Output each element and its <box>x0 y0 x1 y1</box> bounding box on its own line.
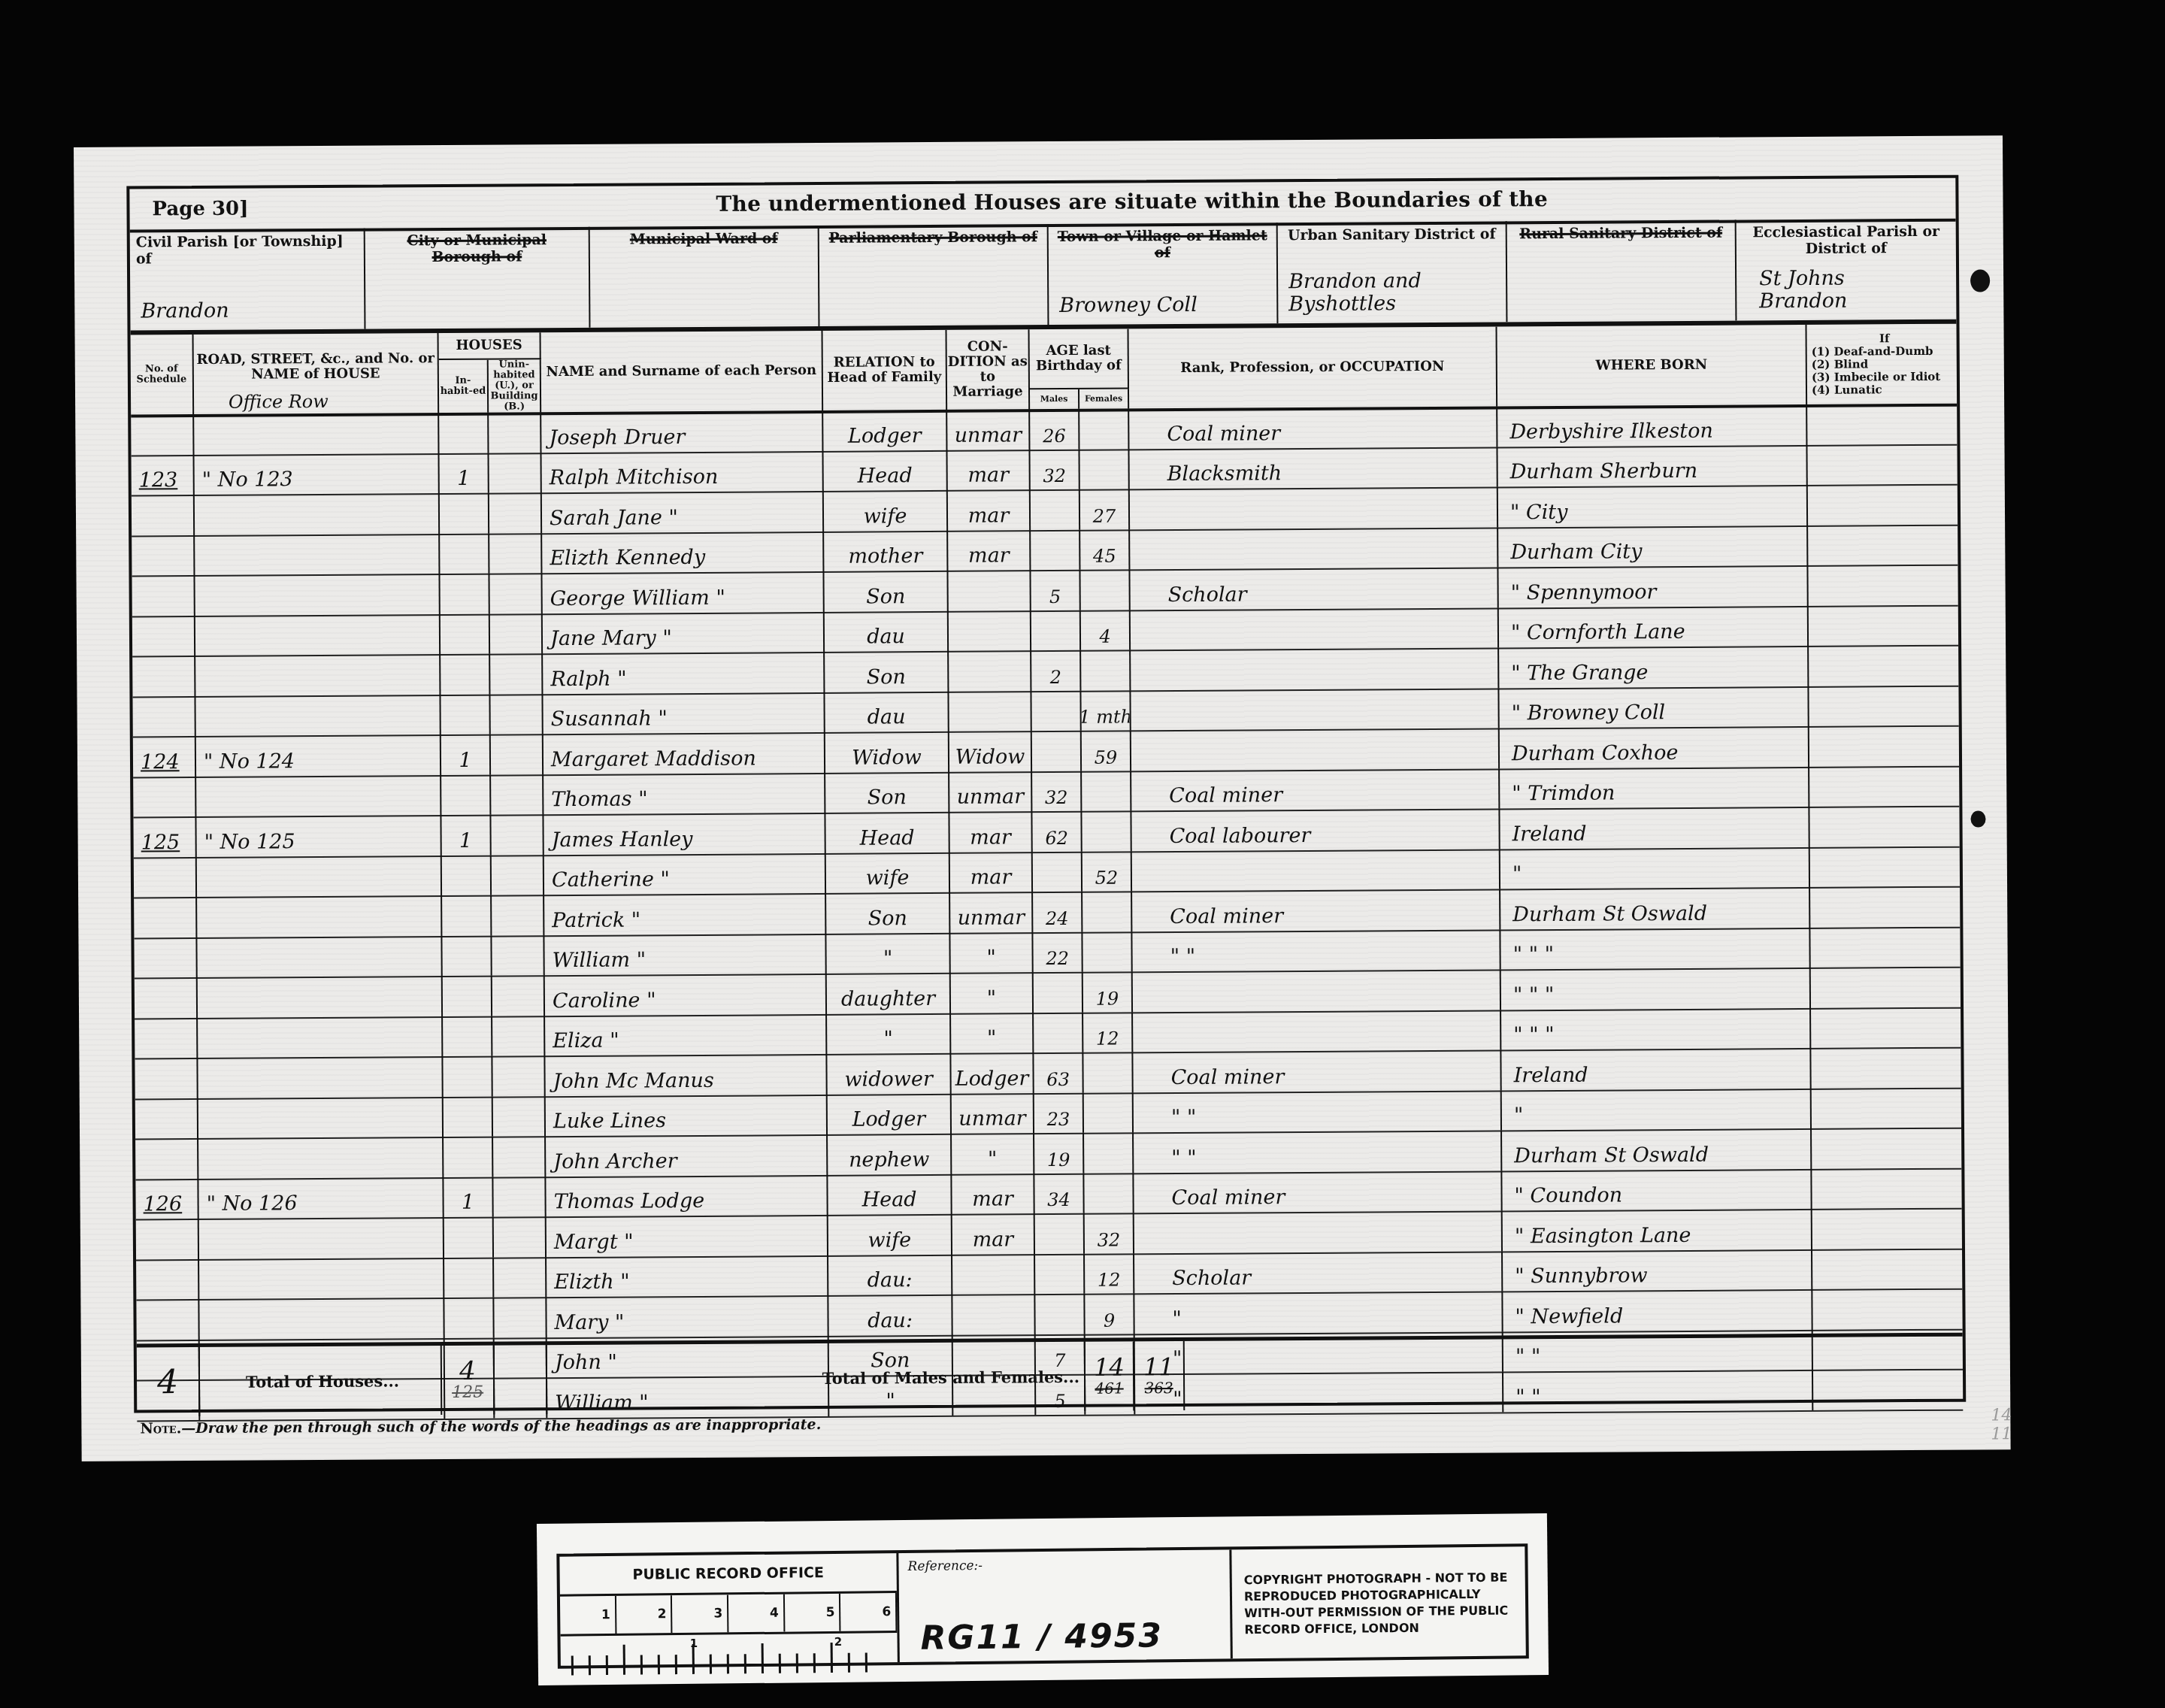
total-persons-label: Total of Males and Females... <box>822 1367 1080 1387</box>
row-born: " " " <box>1509 943 1555 966</box>
row-relation: Son <box>866 585 905 608</box>
row-occupation: " " <box>1140 945 1196 968</box>
cell-condition: Lodger <box>951 1052 1034 1093</box>
cell-females <box>1079 449 1129 489</box>
area-3: Parliamentary Borough of <box>819 224 1049 326</box>
cell-males: 2 <box>1031 650 1081 691</box>
cell-born: " " " <box>1500 927 1810 969</box>
row-born: " The Grange <box>1506 661 1648 685</box>
cell-males: 32 <box>1032 771 1082 811</box>
cell-road <box>195 654 441 695</box>
area-label: Parliamentary Borough of <box>825 229 1041 247</box>
row-relation: dau: <box>868 1309 913 1332</box>
cell-schedule <box>134 937 197 978</box>
ruler-tick <box>744 1654 746 1673</box>
cell-relation: Head <box>823 450 947 491</box>
cell-males: 62 <box>1032 811 1082 852</box>
cell-relation: Head <box>828 1173 952 1215</box>
cell-road <box>197 895 442 937</box>
cell-infirmity <box>1811 1047 1961 1089</box>
cell-occupation <box>1132 849 1500 891</box>
cell-infirmity <box>1812 1208 1963 1249</box>
cell-born: " Cornforth Lane <box>1499 605 1809 647</box>
cell-uninhabited <box>494 1216 547 1257</box>
area-6: Rural Sanitary District of <box>1507 220 1737 322</box>
cell-males <box>1031 690 1081 731</box>
row-occupation: " " <box>1141 1106 1197 1129</box>
scale-number: 1 <box>560 1596 616 1634</box>
row-occupation: Coal miner <box>1140 904 1283 928</box>
cell-females: 9 <box>1085 1293 1134 1334</box>
cell-schedule: 123 <box>132 455 195 495</box>
page-number: Page 30] <box>152 198 248 221</box>
row-females: 1 mth <box>1081 706 1131 727</box>
persons-label-cell: Total of Males and Females... <box>547 1342 1085 1414</box>
cell-born: Durham St Oswald <box>1500 887 1810 929</box>
cell-occupation <box>1133 1010 1501 1052</box>
row-relation: daughter <box>841 987 935 1011</box>
cell-schedule <box>136 1299 199 1340</box>
row-condition: Lodger <box>955 1067 1029 1091</box>
cell-relation: Son <box>825 651 949 692</box>
census-form: Page 30] The undermentioned Houses are s… <box>126 175 1966 1413</box>
col-header-born: WHERE BORN <box>1497 325 1807 407</box>
cell-name: Eliza " <box>545 1013 827 1055</box>
row-inhabited: 1 <box>459 748 471 771</box>
total-houses-struck: 125 <box>452 1382 483 1401</box>
cell-schedule: 124 <box>133 736 196 777</box>
cell-condition: unmar <box>950 892 1033 932</box>
cell-males: 63 <box>1034 1052 1083 1093</box>
area-label: Municipal Ward of <box>596 230 812 248</box>
cell-occupation: Scholar <box>1130 567 1498 609</box>
cell-schedule <box>136 1259 199 1300</box>
cell-females: 27 <box>1080 489 1130 529</box>
cell-infirmity <box>1812 1087 1962 1128</box>
cell-road <box>197 856 442 897</box>
cell-females: 52 <box>1082 851 1132 892</box>
cell-inhabited <box>442 855 492 895</box>
cell-relation: Son <box>825 771 949 813</box>
row-females: 9 <box>1104 1310 1115 1331</box>
cell-infirmity <box>1812 1248 1963 1289</box>
ruler-mark: 2 <box>834 1635 842 1649</box>
row-name: Eliza " <box>553 1029 619 1053</box>
total-houses-cell: 4 125 <box>441 1346 495 1415</box>
row-name: William " <box>553 948 646 972</box>
row-relation: Son <box>867 665 906 689</box>
cell-relation: dau <box>825 610 949 652</box>
cell-uninhabited <box>494 1297 547 1337</box>
row-males: 26 <box>1043 425 1066 446</box>
row-name: Jane Mary " <box>550 626 672 650</box>
cell-occupation: " " <box>1134 1090 1502 1132</box>
cell-condition: " <box>950 932 1033 973</box>
row-born: " City <box>1506 500 1568 524</box>
total-males-struck: 461 <box>1095 1379 1123 1397</box>
cell-condition <box>949 650 1031 691</box>
row-inhabited: 1 <box>462 1191 474 1214</box>
cell-inhabited <box>442 895 492 936</box>
cell-inhabited <box>444 1137 493 1177</box>
cell-name: Elizth " <box>547 1255 828 1297</box>
area-label: Town or Village or Hamlet of <box>1055 227 1270 262</box>
cell-infirmity <box>1810 846 1961 887</box>
cell-uninhabited <box>492 1055 545 1096</box>
row-born: " Easington Lane <box>1510 1223 1691 1247</box>
cell-occupation <box>1130 527 1498 569</box>
row-born: " " " <box>1509 1023 1555 1046</box>
row-males: 19 <box>1047 1149 1070 1170</box>
row-males: 63 <box>1046 1068 1070 1089</box>
record-office-panel: PUBLIC RECORD OFFICE 123456 12 <box>559 1553 899 1666</box>
row-born: " " " <box>1509 983 1555 1006</box>
cell-females <box>1082 891 1132 931</box>
ruler-tick <box>589 1655 591 1675</box>
row-name: George William " <box>550 586 725 610</box>
row-condition: mar <box>968 504 1010 527</box>
cell-name: Mary " <box>547 1295 828 1337</box>
row-born: Durham City <box>1506 540 1642 564</box>
cell-road <box>198 1016 443 1058</box>
cell-born: Derbyshire Ilkeston <box>1497 404 1807 447</box>
cell-uninhabited <box>489 453 541 493</box>
cell-infirmity <box>1811 1007 1961 1048</box>
cell-females <box>1084 1132 1134 1173</box>
col-header-condition: CON-DITION as to Marriage <box>947 329 1031 410</box>
row-relation: Head <box>862 1188 917 1211</box>
cell-relation: Widow <box>825 731 949 773</box>
cell-inhabited <box>444 1257 494 1298</box>
area-value: Browney Coll <box>1059 294 1198 317</box>
col-header-infirmity: If(1) Deaf-and-Dumb(2) Blind(3) Imbecile… <box>1806 324 1958 404</box>
cell-inhabited <box>444 1298 494 1338</box>
ruler-tick <box>865 1652 868 1672</box>
infirmity-option: (3) Imbecile or Idiot <box>1812 370 1940 383</box>
ruler-tick <box>571 1656 574 1676</box>
totals-row: 4 Total of Houses... 4 125 Total of Male… <box>137 1333 1964 1417</box>
cell-males <box>1033 851 1082 892</box>
row-relation: Son <box>868 786 907 809</box>
total-houses-label: Total of Houses... <box>246 1371 399 1391</box>
cell-occupation: Coal miner <box>1134 1170 1502 1213</box>
copyright-notice: COPYRIGHT PHOTOGRAPH - NOT TO BE REPRODU… <box>1231 1546 1525 1658</box>
reference-label: Reference:- <box>907 1558 983 1574</box>
row-road: " No 123 <box>202 468 293 492</box>
cell-males <box>1034 972 1083 1013</box>
cell-schedule <box>134 857 197 898</box>
cell-name: George William " <box>542 571 824 613</box>
cell-relation: mother <box>824 530 948 571</box>
cell-condition: mar <box>950 852 1033 892</box>
cell-road <box>195 534 440 575</box>
row-females: 32 <box>1098 1229 1121 1250</box>
infirmity-if: If <box>1879 332 1890 345</box>
cell-relation: wife <box>826 852 950 893</box>
row-females: 12 <box>1096 1028 1119 1049</box>
cell-relation: wife <box>828 1214 952 1255</box>
row-relation: dau <box>867 625 905 648</box>
cell-occupation <box>1131 647 1499 689</box>
cell-uninhabited <box>491 734 544 774</box>
cell-infirmity <box>1812 1167 1962 1209</box>
cell-occupation: Scholar <box>1134 1251 1503 1293</box>
cell-born: " Trimdon <box>1500 766 1809 808</box>
cell-road <box>194 413 439 454</box>
cell-infirmity <box>1809 725 1960 767</box>
census-page: Page 30] The undermentioned Houses are s… <box>74 135 2011 1461</box>
cell-uninhabited <box>490 694 543 734</box>
row-males: 23 <box>1047 1109 1070 1130</box>
row-occupation: " <box>1142 1307 1182 1331</box>
row-relation: dau <box>868 705 906 728</box>
row-relation: Lodger <box>852 1107 925 1131</box>
cell-occupation: Coal miner <box>1129 406 1497 448</box>
row-name: Elizth " <box>554 1270 630 1295</box>
cell-infirmity <box>1812 1128 1962 1169</box>
cell-condition: " <box>951 972 1034 1013</box>
cell-born: Durham St Oswald <box>1502 1128 1812 1170</box>
cell-name: Thomas " <box>544 772 825 814</box>
row-relation: Widow <box>852 746 922 770</box>
cell-females <box>1081 650 1131 690</box>
cell-males <box>1035 1294 1085 1334</box>
scale-number: 6 <box>840 1593 897 1631</box>
cell-relation: dau: <box>828 1295 952 1336</box>
row-name: Susannah " <box>551 707 668 731</box>
row-born: " Coundon <box>1509 1183 1622 1207</box>
cell-uninhabited <box>493 1096 546 1137</box>
cell-road: " No 126 <box>198 1177 444 1219</box>
cell-inhabited <box>442 935 492 976</box>
road-heading-value: Office Row <box>229 391 329 413</box>
row-name: Elizth Kennedy <box>550 546 705 570</box>
cell-condition: unmar <box>949 771 1032 812</box>
cell-uninhabited <box>492 895 544 935</box>
cell-occupation: Blacksmith <box>1129 447 1497 489</box>
houses-label-cell: Total of Houses... <box>200 1346 446 1416</box>
cell-females: 12 <box>1085 1253 1134 1294</box>
row-born: Derbyshire Ilkeston <box>1505 419 1713 444</box>
ruler-tick <box>848 1653 850 1673</box>
cell-schedule <box>132 575 195 616</box>
area-value: Brandon and Byshottles <box>1288 270 1454 316</box>
cell-uninhabited <box>491 814 544 855</box>
area-0: Civil Parish [or Township] ofBrandon <box>130 229 366 331</box>
cell-condition: " <box>952 1133 1034 1173</box>
cell-occupation <box>1131 688 1499 730</box>
row-born: Durham St Oswald <box>1508 901 1707 926</box>
total-uninhabited-cell <box>495 1345 548 1414</box>
cell-relation: wife <box>824 490 948 531</box>
cell-females <box>1084 1173 1134 1213</box>
cell-uninhabited <box>493 1136 546 1177</box>
cell-road <box>195 493 440 535</box>
cell-name: Sarah Jane " <box>542 491 824 533</box>
cell-born: " Sunnybrow <box>1503 1249 1812 1291</box>
note-text: —Draw the pen through such of the words … <box>181 1416 821 1437</box>
cell-occupation: Coal miner <box>1131 768 1500 810</box>
cell-road <box>198 1137 444 1178</box>
col-header-houses: HOUSES <box>439 332 541 360</box>
cell-road <box>195 695 441 736</box>
ruler-tick <box>623 1645 625 1675</box>
row-occupation: Blacksmith <box>1137 462 1282 486</box>
cell-road: " No 124 <box>196 734 441 776</box>
scale-number: 2 <box>616 1595 673 1634</box>
cell-females <box>1084 1092 1134 1133</box>
cell-road: " No 123 <box>194 453 439 495</box>
cell-males: 5 <box>1031 570 1080 610</box>
row-road: " No 125 <box>204 830 295 854</box>
row-name: Joseph Druer <box>549 425 685 450</box>
total-males: 14 <box>1094 1355 1125 1379</box>
row-condition: unmar <box>958 906 1025 930</box>
cell-born: " Newfield <box>1503 1289 1812 1331</box>
cell-road <box>198 1056 443 1098</box>
ruler-tick <box>658 1655 660 1674</box>
ruler-tick <box>710 1655 712 1674</box>
margin-pencil-note: 14 11 <box>1991 1406 2012 1443</box>
cell-females <box>1082 931 1132 972</box>
cell-road <box>199 1217 444 1258</box>
cell-road: " No 125 <box>196 815 441 856</box>
cell-relation: Lodger <box>828 1093 952 1134</box>
cell-inhabited <box>441 654 490 695</box>
cell-uninhabited <box>494 1257 547 1298</box>
cell-schedule <box>136 1219 199 1259</box>
cell-born: " Spennymoor <box>1498 565 1808 607</box>
row-born: Ireland <box>1508 822 1587 846</box>
cell-infirmity <box>1812 1289 1963 1330</box>
cell-relation: nephew <box>828 1134 952 1175</box>
cell-uninhabited <box>492 855 544 895</box>
cell-relation: Son <box>824 571 948 612</box>
col-header-occupation: Rank, Profession, or OCCUPATION <box>1129 326 1498 408</box>
cell-infirmity <box>1809 604 1959 646</box>
row-relation: nephew <box>849 1148 929 1172</box>
cell-uninhabited <box>490 653 543 694</box>
row-relation: widower <box>844 1067 932 1092</box>
cell-infirmity <box>1809 685 1959 726</box>
archive-label-strip: PUBLIC RECORD OFFICE 123456 12 Reference… <box>537 1513 1549 1685</box>
scale-number: 5 <box>785 1594 841 1632</box>
cell-inhabited <box>441 613 490 654</box>
cell-uninhabited <box>489 573 542 613</box>
cell-relation: Lodger <box>823 410 947 451</box>
cell-uninhabited <box>492 1016 545 1056</box>
row-relation: wife <box>866 866 910 889</box>
cell-condition: mar <box>949 811 1032 852</box>
cell-uninhabited <box>491 774 544 815</box>
cell-name: Luke Lines <box>546 1094 828 1136</box>
cell-males: 34 <box>1034 1173 1084 1213</box>
cell-name: Jane Mary " <box>543 611 825 653</box>
row-females: 27 <box>1093 505 1116 526</box>
row-born: " Spennymoor <box>1506 580 1657 604</box>
cell-occupation <box>1131 607 1499 650</box>
cell-uninhabited <box>489 412 541 453</box>
cell-males: 32 <box>1030 449 1079 489</box>
area-1: City or Municipal Borough of <box>365 227 591 329</box>
row-relation: wife <box>864 504 907 528</box>
row-males: 34 <box>1047 1189 1070 1210</box>
cell-inhabited <box>440 574 489 614</box>
cell-condition: Widow <box>949 731 1032 771</box>
cell-schedule <box>132 656 195 696</box>
cell-females <box>1079 408 1129 449</box>
row-name: Mary " <box>554 1310 624 1334</box>
ruler-tick <box>727 1654 729 1673</box>
cell-males: 19 <box>1034 1133 1084 1173</box>
row-road: " No 126 <box>206 1192 297 1216</box>
total-schedules: 4 <box>157 1363 178 1401</box>
infirmity-option: (4) Lunatic <box>1812 383 1882 397</box>
ruler-tick <box>606 1655 608 1675</box>
cell-infirmity <box>1809 765 1960 807</box>
area-7: Ecclesiastical Parish or District ofSt J… <box>1737 219 1957 321</box>
cell-born: Ireland <box>1500 807 1809 849</box>
area-5: Urban Sanitary District ofBrandon and By… <box>1278 221 1508 323</box>
cell-born: " Coundon <box>1502 1168 1812 1210</box>
row-occupation: Coal miner <box>1141 1186 1285 1210</box>
cell-relation: " <box>826 932 950 974</box>
cell-condition: " <box>951 1013 1034 1053</box>
cell-males: 22 <box>1033 931 1082 972</box>
cell-uninhabited <box>489 533 542 574</box>
row-name: John Archer <box>553 1149 677 1173</box>
cell-occupation: Coal miner <box>1133 1049 1501 1092</box>
row-born: Durham St Oswald <box>1509 1143 1709 1167</box>
cell-born: Ireland <box>1501 1048 1811 1090</box>
cell-condition <box>952 1294 1035 1334</box>
infirmity-option: (1) Deaf-and-Dumb <box>1812 344 1933 358</box>
row-born: " <box>1508 862 1522 886</box>
cell-name: Joseph Druer <box>541 410 823 453</box>
row-males: 2 <box>1050 666 1061 687</box>
archive-label-box: PUBLIC RECORD OFFICE 123456 12 Reference… <box>556 1543 1529 1669</box>
cell-females: 1 mth <box>1081 690 1131 731</box>
cell-name: Margaret Maddison <box>544 732 825 774</box>
cell-inhabited: 1 <box>444 1177 493 1217</box>
record-office-title: PUBLIC RECORD OFFICE <box>559 1553 897 1597</box>
cell-born: Durham City <box>1498 525 1808 567</box>
cell-infirmity <box>1808 524 1958 565</box>
cell-born: " The Grange <box>1499 646 1809 688</box>
area-label: Ecclesiastical Parish or District of <box>1743 223 1950 258</box>
cell-name: Ralph Mitchison <box>541 450 823 492</box>
row-females: 59 <box>1095 746 1118 768</box>
cell-females: 12 <box>1083 1012 1133 1052</box>
scale-number: 4 <box>728 1594 785 1633</box>
scale-number: 3 <box>672 1594 728 1633</box>
cell-males: 26 <box>1030 409 1079 450</box>
cell-name: Caroline " <box>545 974 827 1016</box>
cell-road <box>198 1097 444 1138</box>
row-name: Margt " <box>554 1230 634 1254</box>
row-males: 22 <box>1046 948 1069 969</box>
cell-road <box>197 936 442 977</box>
area-label: Rural Sanitary District of <box>1513 225 1729 243</box>
infirmity-option: (2) Blind <box>1812 358 1868 371</box>
cell-name: William " <box>544 933 826 975</box>
row-born: " Browney Coll <box>1507 701 1666 725</box>
area-value: Brandon <box>141 300 229 323</box>
cell-schedule <box>131 414 194 455</box>
row-condition: unmar <box>958 1107 1026 1131</box>
area-label: Urban Sanitary District of <box>1284 226 1500 244</box>
row-condition: unmar <box>957 785 1025 809</box>
